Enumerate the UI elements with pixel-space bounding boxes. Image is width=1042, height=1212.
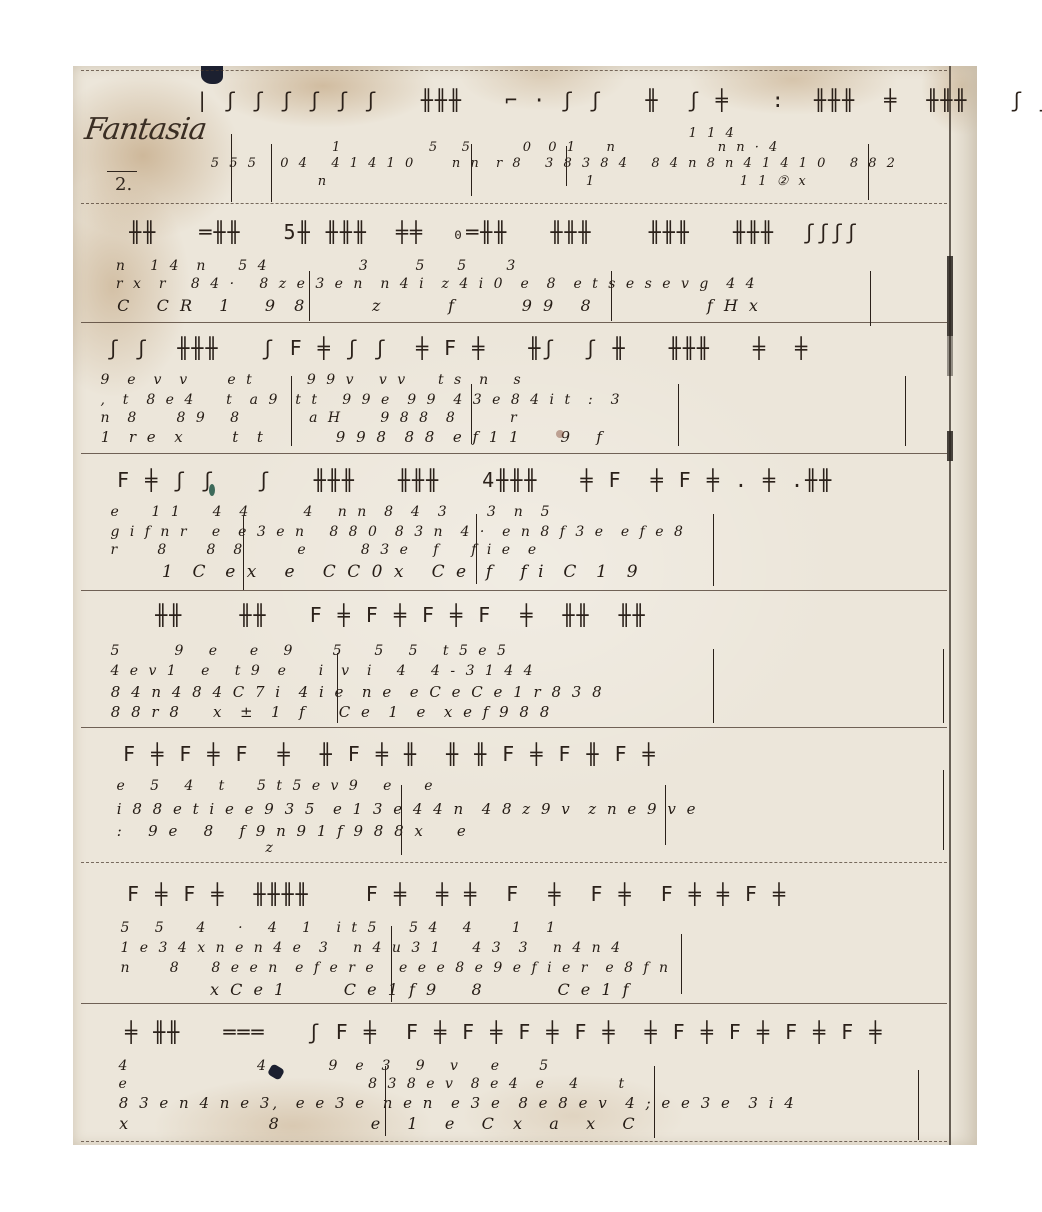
bar-line <box>291 376 292 446</box>
rhythm-flags: ╫╫ ═╫╫ 5╫ ╫╫╫ ╪╪ ₀═╫╫ ╫╫╫ ╫╫╫ ╫╫╫ ʃʃʃʃ <box>101 220 1005 254</box>
bar-line <box>309 271 310 321</box>
tab-row: 1 e 3 4 x n e n 4 e 3 n 4 u 3 1 4 3 3 n … <box>113 940 1017 956</box>
bar-line <box>943 770 944 850</box>
bar-line <box>385 1066 386 1136</box>
tab-row: 8 4 n 4 8 4 C 7 i 4 i e n e e C e C e 1 … <box>103 683 1007 701</box>
bar-line <box>471 384 472 444</box>
tab-row: r 8 8 8 e 8 3 e f f i e e <box>103 542 1007 558</box>
rhythm-flags: | ʃ ʃ ʃ ʃ ʃ ʃ ╫╫╫ ⌐ · ʃ ʃ ╫ ʃ ╪ : ╫╫╫ ╪ … <box>168 88 1042 122</box>
tab-row: : 9 e 8 f 9 n 9 1 f 9 8 8 x e <box>109 822 1013 840</box>
bar-line <box>611 271 612 321</box>
staff-rule <box>81 727 947 728</box>
tab-row: e 8 3 8 e v 8 e 4 e 4 t <box>111 1076 1015 1092</box>
manuscript-page: Fantasia 2. | ʃ ʃ ʃ ʃ ʃ ʃ ╫╫╫ ⌐ · ʃ ʃ ╫ … <box>73 66 977 1145</box>
staff-rule <box>81 1141 947 1142</box>
tablature-staff-8: ╪ ╫╫ ═══ ʃ F ╪ F ╪ F ╪ F ╪ F ╪ ╪ F ╪ F ╪… <box>73 1006 977 1141</box>
bar-line <box>918 1070 919 1140</box>
bar-line <box>665 785 666 845</box>
bar-line <box>243 516 244 590</box>
tablature-staff-7: F ╪ F ╪ ╫╫╫╫ F ╪ ╪ ╪ F ╪ F ╪ F ╪ ╪ F ╪ 5… <box>73 866 977 1003</box>
staff-rule <box>81 70 947 71</box>
tab-row: n 8 8 9 8 a H 9 8 8 8 r <box>93 410 997 426</box>
bar-line <box>476 514 477 584</box>
staff-rule <box>81 453 947 454</box>
tab-row: 9 e v v e t 9 9 v v v t s n s <box>93 372 997 388</box>
tab-row: z <box>109 840 1013 856</box>
ink-spot <box>556 430 564 438</box>
tab-row: 5 5 5 0 4 4 1 4 1 0 n n r 8 3 8 3 8 4 8 … <box>168 156 1042 171</box>
tab-row: 8 8 r 8 x ± 1 f C e 1 e x e f 9 8 8 <box>103 703 1007 721</box>
tab-row: e 1 1 4 4 4 n n 8 4 3 3 n 5 <box>103 504 1007 520</box>
bar-line <box>905 376 906 446</box>
tab-row: 8 3 e n 4 n e 3, e e 3 e n e n e 3 e 8 e… <box>111 1094 1015 1112</box>
tab-row: x C e 1 C e 1 f 9 8 C e 1 f <box>113 980 1017 999</box>
green-ink-spot <box>209 484 215 496</box>
bar-line <box>401 785 402 855</box>
tab-row: 1 5 5 0 0 1 n n n · 4 <box>168 140 1042 155</box>
bar-line <box>678 384 679 446</box>
bar-line <box>231 134 232 202</box>
tab-row: 4 4 9 e 3 9 v e 5 <box>111 1058 1015 1074</box>
staff-rule <box>81 1003 947 1004</box>
tab-row: , t 8 e 4 t a 9 t t 9 9 e 9 9 4 3 e 8 4 … <box>93 392 997 408</box>
bar-line <box>654 1066 655 1138</box>
tab-row: 5 5 4 · 4 1 i t 5 5 4 4 1 1 <box>113 920 1017 936</box>
bar-line <box>943 649 944 723</box>
bar-line <box>713 649 714 723</box>
tablature-staff-2: ╫╫ ═╫╫ 5╫ ╫╫╫ ╪╪ ₀═╫╫ ╫╫╫ ╫╫╫ ╫╫╫ ʃʃʃʃ n… <box>73 206 977 322</box>
tab-row: e 5 4 t 5 t 5 e v 9 e e <box>109 778 1013 794</box>
tab-row: n 1 1 1 ② x <box>168 174 1042 189</box>
staff-rule <box>81 862 947 863</box>
tab-row: 4 e v 1 e t 9 e i v i 4 4 - 3 1 4 4 <box>103 663 1007 679</box>
bar-line <box>271 144 272 202</box>
tab-row: 1 1 4 <box>168 126 1042 141</box>
staff-rule <box>81 203 947 204</box>
bar-line <box>868 144 869 200</box>
tab-row: x 8 e 1 e C x a x C <box>111 1114 1015 1133</box>
tablature-staff-5: ╫╫ ╫╫ F ╪ F ╪ F ╪ F ╪ ╫╫ ╫╫ 5 9 e e 9 5 … <box>73 593 977 727</box>
tablature-staff-6: F ╪ F ╪ F ╪ ╫ F ╪ ╫ ╫ ╫ F ╪ F ╫ F ╪ e 5 … <box>73 730 977 862</box>
bar-line <box>681 934 682 994</box>
bar-line <box>471 144 472 196</box>
rhythm-flags: ʃ ʃ ╫╫╫ ʃ F ╪ ʃ ʃ ╪ F ╪ ╫ʃ ʃ ╫ ╫╫╫ ╪ ╪ <box>93 336 997 370</box>
tab-row: i 8 8 e t i e e 9 3 5 e 1 3 e 4 4 n 4 8 … <box>109 800 1013 818</box>
rhythm-flags: ╫╫ ╫╫ F ╪ F ╪ F ╪ F ╪ ╫╫ ╫╫ <box>113 603 1017 637</box>
bar-line <box>391 926 392 1002</box>
bar-line <box>566 146 567 186</box>
tab-row: g i f n r e e 3 e n 8 8 0 8 3 n 4 · e n … <box>103 524 1007 540</box>
rhythm-flags: F ╪ F ╪ ╫╫╫╫ F ╪ ╪ ╪ F ╪ F ╪ F ╪ ╪ F ╪ <box>113 882 1017 916</box>
rhythm-flags: ╪ ╫╫ ═══ ʃ F ╪ F ╪ F ╪ F ╪ F ╪ ╪ F ╪ F ╪… <box>111 1020 1015 1054</box>
staff-rule <box>81 322 947 323</box>
rhythm-flags: F ╪ ʃ ʃ ʃ ╫╫╫ ╫╫╫ 4╫╫╫ ╪ F ╪ F ╪ . ╪ .╫╫ <box>103 468 1007 502</box>
tablature-staff-3: ʃ ʃ ╫╫╫ ʃ F ╪ ʃ ʃ ╪ F ╪ ╫ʃ ʃ ╫ ╫╫╫ ╪ ╪ 9… <box>73 326 977 452</box>
tablature-staff-4: F ╪ ʃ ʃ ʃ ╫╫╫ ╫╫╫ 4╫╫╫ ╪ F ╪ F ╪ . ╪ .╫╫… <box>73 456 977 590</box>
staff-rule <box>81 590 947 591</box>
rhythm-flags: F ╪ F ╪ F ╪ ╫ F ╪ ╫ ╫ ╫ F ╪ F ╫ F ╪ <box>109 742 1013 776</box>
bar-line <box>337 653 338 723</box>
bar-line <box>713 514 714 586</box>
tab-row: 1 C e x e C C 0 x C e f f i C 1 9 <box>103 562 1007 582</box>
tab-row: 5 9 e e 9 5 5 5 t 5 e 5 <box>103 643 1007 659</box>
tablature-staff-1: | ʃ ʃ ʃ ʃ ʃ ʃ ╫╫╫ ⌐ · ʃ ʃ ╫ ʃ ╪ : ╫╫╫ ╪ … <box>73 74 977 202</box>
tab-row: n 8 8 e e n e f e r e e e e 8 e 9 e f i … <box>113 960 1017 976</box>
bar-line <box>870 271 871 326</box>
tab-row: 1 r e x t t 9 9 8 8 8 e f 1 1 9 f <box>93 428 997 446</box>
